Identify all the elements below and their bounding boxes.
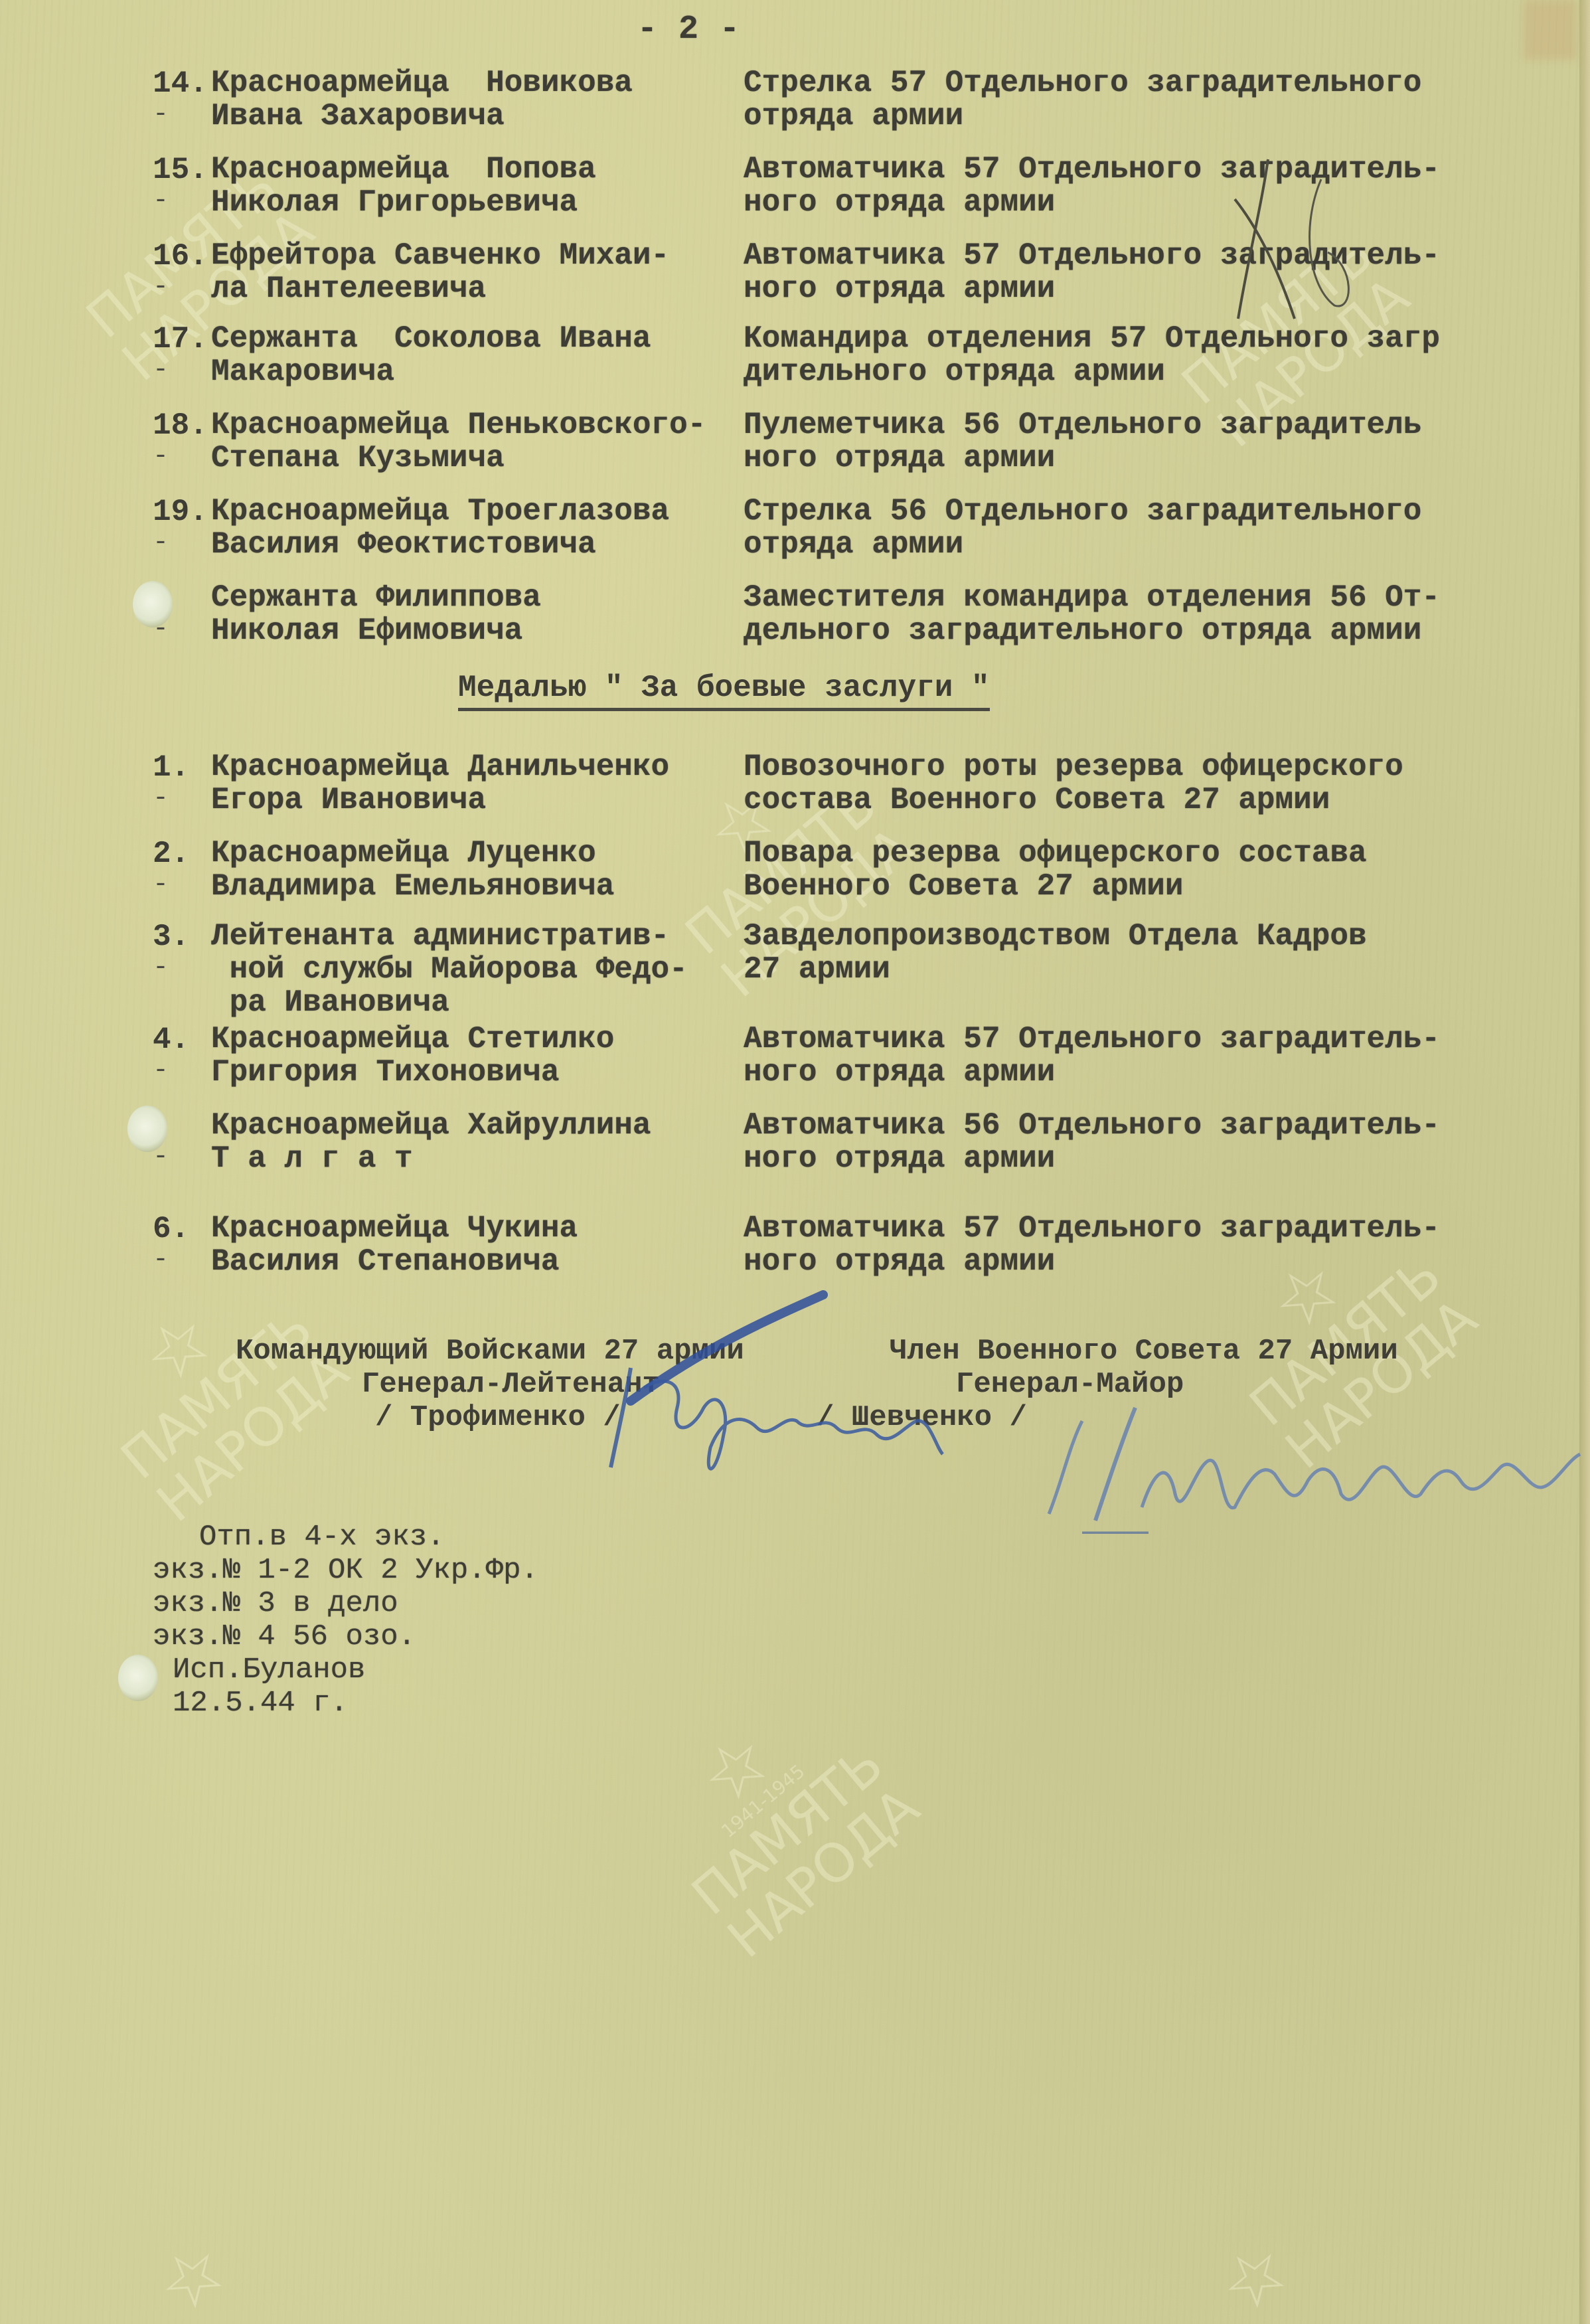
footer-line: экз.№ 4 56 озо.	[153, 1620, 538, 1653]
continuation-dash: -	[153, 528, 169, 558]
recipient-position-line: 27 армии	[744, 953, 1367, 986]
recipient-name-line: Ефрейтора Савченко Михаи-	[211, 239, 669, 272]
entry-number: 2.	[153, 837, 189, 871]
continuation-dash: -	[153, 1245, 169, 1275]
recipient-position: Пулеметчика 56 Отдельного заградительног…	[744, 408, 1421, 475]
recipient-name-line: Егора Ивановича	[211, 784, 669, 817]
entry-number: 17.	[153, 322, 208, 357]
watermark-star-icon: ☆	[145, 2231, 238, 2324]
paper-stain	[1524, 0, 1577, 60]
recipient-name-line: Т а л г а т	[211, 1142, 651, 1175]
handwritten-pencil-mark	[1222, 153, 1381, 325]
recipient-name: Красноармейца ЛуценкоВладимира Емельянов…	[211, 837, 614, 903]
recipient-position-line: Автоматчика 57 Отдельного заградитель-	[744, 1023, 1440, 1056]
recipient-name: Сержанта ФилипповаНиколая Ефимовича	[211, 581, 541, 647]
punch-hole	[133, 581, 173, 627]
punch-hole	[127, 1106, 167, 1152]
watermark: ☆1941-1945ПАМЯТЬНАРОДА	[627, 1670, 929, 1968]
recipient-name: Сержанта Соколова ИванаМакаровича	[211, 322, 651, 388]
recipient-name: Красноармейца ПоповаНиколая Григорьевича	[211, 153, 596, 219]
continuation-dash: -	[153, 442, 169, 471]
recipient-name-line: ной службы Майорова Федо-	[211, 953, 688, 986]
recipient-position: Командира отделения 57 Отдельного загрди…	[744, 322, 1440, 388]
recipient-position-line: ного отряда армии	[744, 1056, 1440, 1089]
entry-number: 18.	[153, 408, 208, 443]
entry-number: 6.	[153, 1212, 189, 1246]
recipient-name: Красноармейца ТроеглазоваВасилия Феоктис…	[211, 495, 669, 561]
handwritten-signature-shevchenko	[1036, 1381, 1587, 1534]
recipient-name-line: Красноармейца Троеглазова	[211, 495, 669, 528]
recipient-name-line: Николая Григорьевича	[211, 186, 596, 219]
recipient-position-line: Повара резерва офицерского состава	[744, 837, 1367, 870]
archival-document-page: ПАМЯТЬНАРОДА ПАМЯТЬНАРОДА ☆ПАМЯТЬНАРОДА …	[0, 0, 1590, 2324]
entry-number: 15.	[153, 153, 208, 187]
recipient-name-line: Лейтенанта административ-	[211, 920, 688, 953]
recipient-position: Повара резерва офицерского составаВоенно…	[744, 837, 1367, 903]
footer-line: 12.5.44 г.	[153, 1687, 538, 1720]
recipient-name-line: Красноармейца Чукина	[211, 1212, 578, 1245]
watermark-star-icon: ☆	[1208, 2231, 1301, 2324]
recipient-position-line: Стрелка 57 Отдельного заградительного	[744, 66, 1421, 100]
recipient-name-line: Николая Ефимовича	[211, 614, 541, 647]
continuation-dash: -	[153, 870, 169, 900]
entry-number: 14.	[153, 66, 208, 101]
recipient-name-line: Сержанта Филиппова	[211, 581, 541, 614]
recipient-name: Красноармейца ДанильченкоЕгора Ивановича	[211, 750, 669, 817]
page-number: - 2 -	[637, 13, 740, 46]
distribution-note: Отп.в 4-х экз. экз.№ 1-2 ОК 2 Укр.Фр. эк…	[153, 1521, 538, 1720]
footer-line: Отп.в 4-х экз.	[153, 1521, 538, 1554]
recipient-position: Автоматчика 56 Отдельного заградитель-но…	[744, 1109, 1440, 1175]
recipient-name-line: Красноармейца Попова	[211, 153, 596, 186]
recipient-name-line: Ивана Захаровича	[211, 100, 633, 133]
recipient-position-line: отряда армии	[744, 528, 1421, 561]
recipient-name: Ефрейтора Савченко Михаи-ла Пантелеевича	[211, 239, 669, 305]
recipient-position-line: состава Военного Совета 27 армии	[744, 784, 1403, 817]
footer-line: экз.№ 3 в дело	[153, 1587, 538, 1620]
continuation-dash: -	[153, 784, 169, 813]
recipient-name-line: Красноармейца Данильченко	[211, 750, 669, 784]
recipient-name-line: Степана Кузьмича	[211, 442, 706, 475]
recipient-position-line: отряда армии	[744, 100, 1421, 133]
section-title-medal: Медалью " За боевые заслуги "	[458, 671, 990, 711]
recipient-name-line: Макаровича	[211, 355, 651, 388]
recipient-position-line: Военного Совета 27 армии	[744, 870, 1367, 903]
recipient-name-line: Красноармейца Стетилко	[211, 1023, 614, 1056]
recipient-position-line: ного отряда армии	[744, 1142, 1440, 1175]
recipient-name: Лейтенанта административ- ной службы Май…	[211, 920, 688, 1019]
recipient-name-line: Красноармейца Луценко	[211, 837, 614, 870]
recipient-position: Стрелка 57 Отдельного заградительногоотр…	[744, 66, 1421, 133]
recipient-position-line: Автоматчика 57 Отдельного заградитель-	[744, 1212, 1440, 1245]
entry-number: 19.	[153, 495, 208, 529]
entry-number: 1.	[153, 750, 189, 785]
recipient-name-line: Василия Феоктистовича	[211, 528, 669, 561]
continuation-dash: -	[153, 953, 169, 983]
entry-number: 4.	[153, 1023, 189, 1057]
footer-line: Исп.Буланов	[153, 1653, 538, 1687]
recipient-position: Автоматчика 57 Отдельного заградитель-но…	[744, 1212, 1440, 1278]
recipient-position-line: Пулеметчика 56 Отдельного заградитель	[744, 408, 1421, 442]
recipient-position-line: Завделопроизводством Отдела Кадров	[744, 920, 1367, 953]
recipient-name-line: Красноармейца Хайруллина	[211, 1109, 651, 1142]
recipient-name-line: Красноармейца Пеньковского-	[211, 408, 706, 442]
recipient-name-line: Григория Тихоновича	[211, 1056, 614, 1089]
recipient-name: Красноармейца СтетилкоГригория Тихонович…	[211, 1023, 614, 1089]
recipient-name: Красноармейца НовиковаИвана Захаровича	[211, 66, 633, 133]
recipient-name-line: Владимира Емельяновича	[211, 870, 614, 903]
recipient-position: Стрелка 56 Отдельного заградительногоотр…	[744, 495, 1421, 561]
recipient-name-line: Красноармейца Новикова	[211, 66, 633, 100]
punch-hole	[118, 1655, 158, 1701]
continuation-dash: -	[153, 100, 169, 129]
recipient-position-line: Командира отделения 57 Отдельного загр	[744, 322, 1440, 355]
continuation-dash: -	[153, 355, 169, 385]
recipient-name: Красноармейца ХайруллинаТ а л г а т	[211, 1109, 651, 1175]
recipient-position-line: ного отряда армии	[744, 442, 1421, 475]
recipient-position-line: Повозочного роты резерва офицерского	[744, 750, 1403, 784]
recipient-position: Автоматчика 57 Отдельного заградитель-но…	[744, 1023, 1440, 1089]
recipient-position-line: Заместителя командира отделения 56 От-	[744, 581, 1440, 614]
continuation-dash: -	[153, 186, 169, 216]
recipient-position: Заместителя командира отделения 56 От-де…	[744, 581, 1440, 647]
recipient-position-line: дительного отряда армии	[744, 355, 1440, 388]
recipient-position: Повозочного роты резерва офицерскогосост…	[744, 750, 1403, 817]
recipient-name-line: ра Ивановича	[211, 986, 688, 1019]
recipient-position-line: ного отряда армии	[744, 1245, 1440, 1278]
recipient-position: Завделопроизводством Отдела Кадров27 арм…	[744, 920, 1367, 986]
paper-edge	[1579, 0, 1590, 2324]
entry-number: 3.	[153, 920, 189, 954]
recipient-name: Красноармейца Пеньковского-Степана Кузьм…	[211, 408, 706, 475]
recipient-position-line: Стрелка 56 Отдельного заградительного	[744, 495, 1421, 528]
recipient-position-line: дельного заградительного отряда армии	[744, 614, 1440, 647]
recipient-name-line: ла Пантелеевича	[211, 272, 669, 305]
recipient-name-line: Василия Степановича	[211, 1245, 578, 1278]
entry-number: 16.	[153, 239, 208, 274]
recipient-name: Красноармейца ЧукинаВасилия Степановича	[211, 1212, 578, 1278]
continuation-dash: -	[153, 1056, 169, 1086]
recipient-name-line: Сержанта Соколова Ивана	[211, 322, 651, 355]
continuation-dash: -	[153, 272, 169, 302]
footer-line: экз.№ 1-2 ОК 2 Укр.Фр.	[153, 1554, 538, 1587]
recipient-position-line: Автоматчика 56 Отдельного заградитель-	[744, 1109, 1440, 1142]
handwritten-signature-trofimenko	[544, 1275, 1022, 1494]
